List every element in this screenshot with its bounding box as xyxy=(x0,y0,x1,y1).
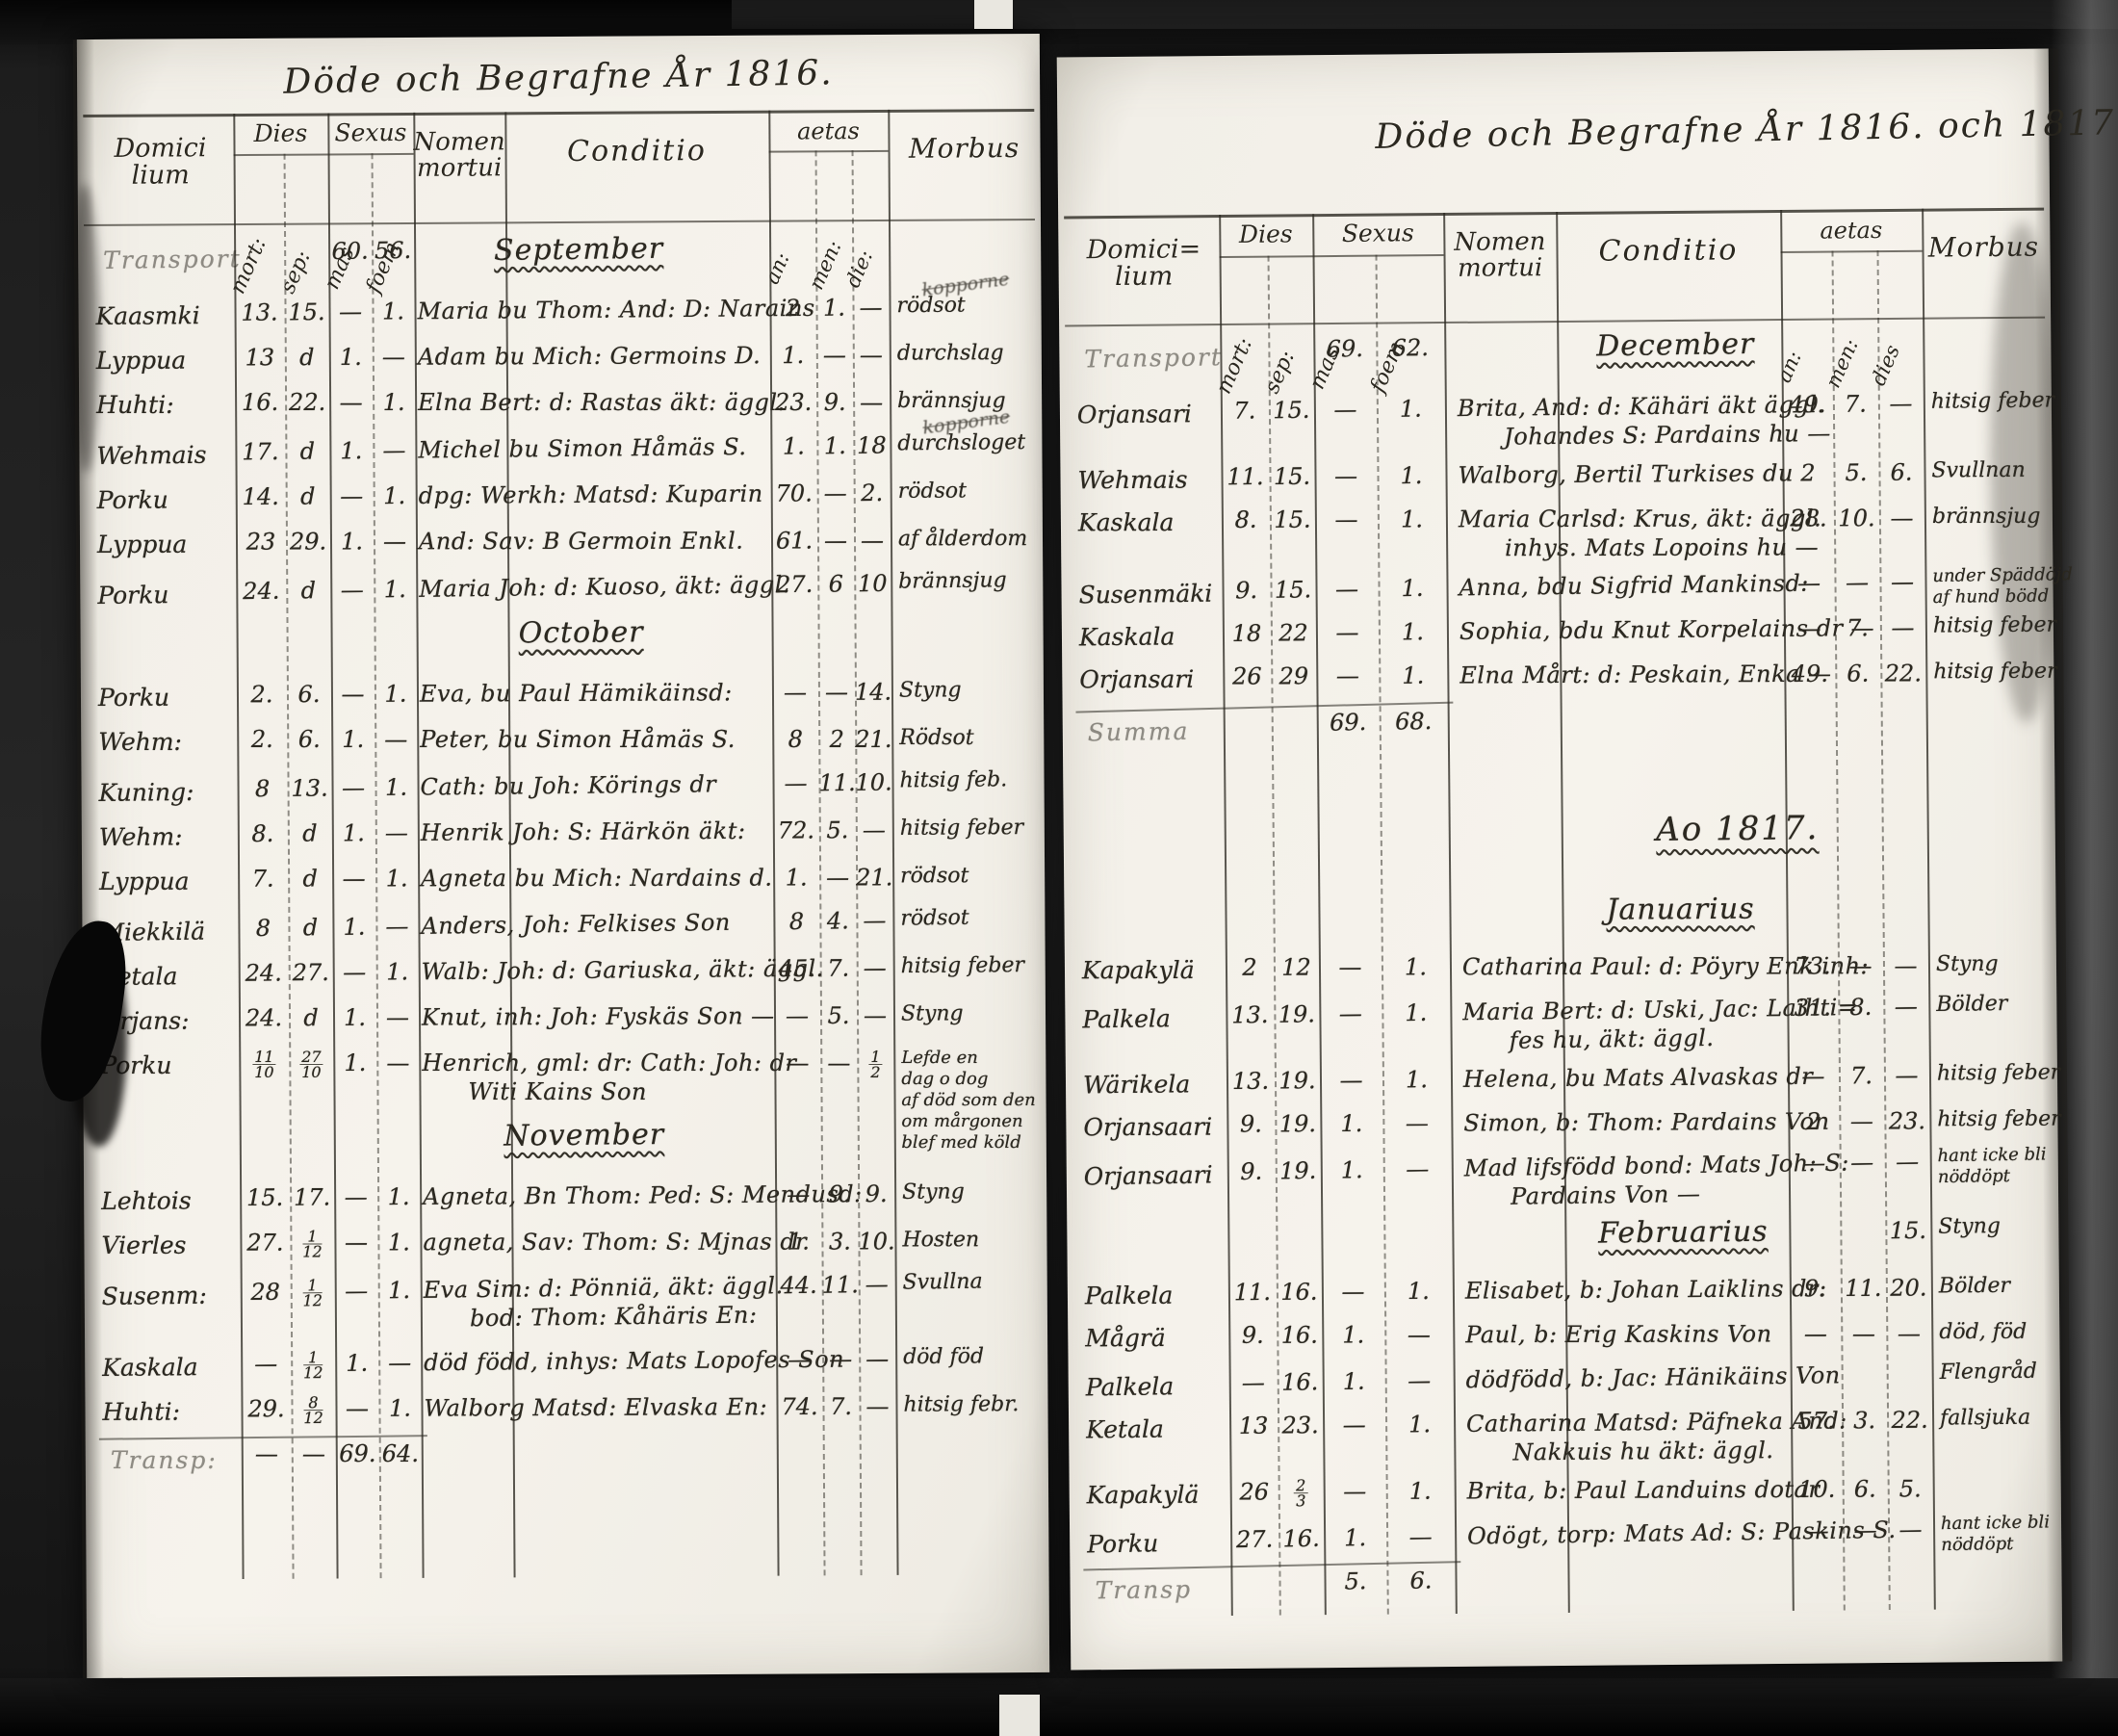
column-header-morbus: Morbus xyxy=(888,134,1040,163)
register-row: Orjansari7.15.—1.Brita, And: d: Kähäri ä… xyxy=(1060,382,2053,460)
dies-sep-cell: 27. xyxy=(289,959,333,986)
register-row: Vierles27.112—1.agneta, Sav: Thom: S: Mj… xyxy=(84,1222,1046,1270)
name-text: Elna Bert: d: Rastas äkt: äggl. xyxy=(418,389,786,416)
register-row: Transp:——69.64. xyxy=(86,1435,1048,1496)
age-an-cell: 1. xyxy=(770,342,816,369)
dies-mort-cell: 24. xyxy=(239,1004,289,1031)
age-an-cell: — xyxy=(1784,614,1835,641)
dies-mort-cell: 7. xyxy=(238,866,288,893)
column-header-nomen: Nomenmortui xyxy=(413,129,504,182)
sexus-foem-cell: 1. xyxy=(1377,462,1445,489)
register-row: Lehtois15.17.—1.Agneta, Bn Thom: Ped: S:… xyxy=(84,1174,1046,1226)
age-dies-cell: — xyxy=(854,527,891,554)
morbus-note: under Späddöjdaf hund bödd xyxy=(1932,564,2073,609)
morbus-cell: durchslag xyxy=(897,341,1004,365)
age-dies-cell: 5. xyxy=(1888,1475,1933,1502)
age-dies-cell: — xyxy=(859,1393,895,1420)
morbus-cell: Svullnan xyxy=(1931,458,2025,483)
sexus-mas-cell: — xyxy=(328,298,372,325)
sexus-mas-cell: — xyxy=(1320,1067,1382,1095)
sexus-foem-cell: — xyxy=(375,819,418,846)
dies-mort-cell: 9. xyxy=(1227,1157,1276,1185)
dies-mort-cell: 13. xyxy=(1226,1001,1274,1029)
domicile-cell: Ketala xyxy=(1086,1415,1164,1444)
register-row: Februarius15.Styng xyxy=(1067,1209,2059,1276)
domicile-cell: Lyppua xyxy=(99,868,189,895)
dies-mort-cell: 13. xyxy=(1227,1068,1275,1095)
morbus-cell: hitsig feber xyxy=(1931,388,2054,413)
morbus-cell: Styng xyxy=(901,1001,964,1025)
dies-mort-cell: 23 xyxy=(236,529,286,556)
dies-mort-cell: 13 xyxy=(1229,1412,1278,1439)
sexus-mas-cell: — xyxy=(334,1229,377,1256)
name-text: Cath: bu Joh: Körings dr xyxy=(420,770,716,800)
dies-sep-cell: 22 xyxy=(1271,619,1316,646)
age-dies-cell: 15. xyxy=(1885,1217,1930,1245)
month-heading: Januarius xyxy=(1497,892,1863,928)
sexus-foem-cell: — xyxy=(376,1049,419,1076)
morbus-cell: Svullna xyxy=(902,1270,982,1295)
dies-mort-cell: 8 xyxy=(237,775,287,803)
dies-sep-cell: 29 xyxy=(1271,662,1316,689)
age-an-cell: 28. xyxy=(1783,505,1834,531)
sexus-mas-cell: — xyxy=(1323,1412,1385,1439)
aetas-group-underline xyxy=(1780,250,1922,253)
age-an-cell: 74. xyxy=(776,1393,822,1420)
age-men-cell: — xyxy=(1843,1516,1888,1544)
register-row: October xyxy=(80,610,1043,678)
dies-sep-cell: 6. xyxy=(287,681,331,708)
name-text: Paul, b: Erig Kaskins Von xyxy=(1465,1320,1771,1348)
sexus-mas-cell: 5. xyxy=(1324,1568,1386,1595)
register-row: Transp5.6. xyxy=(1070,1554,2062,1626)
age-men-cell: — xyxy=(817,527,854,554)
domicile-cell: Wehm: xyxy=(98,728,182,756)
register-row: Kaskala1822—1.Sophia, bdu Knut Korpelain… xyxy=(1062,608,2053,661)
morbus-cell: hitsig feber xyxy=(1937,1060,2060,1085)
age-an-cell: 44. xyxy=(775,1272,821,1300)
sexus-mas-cell: — xyxy=(1316,662,1379,689)
sexus-mas-cell: 1. xyxy=(1322,1321,1384,1348)
sexus-mas-cell: 1. xyxy=(333,1049,376,1076)
domicile-cell: Kaskala xyxy=(1078,508,1174,536)
dies-sep-cell: d xyxy=(288,865,332,892)
domicile-cell: Lyppua xyxy=(96,347,186,375)
register-row: Porku111027101.—Henrich, gml: dr: Cath: … xyxy=(83,1044,1046,1117)
morbus-cell: af ålderdom xyxy=(898,527,1027,551)
age-dies-cell: 21. xyxy=(856,864,892,891)
dies-sep-cell: 112 xyxy=(291,1350,335,1380)
age-dies-cell: 2. xyxy=(854,479,891,506)
sexus-foem-cell: 1. xyxy=(1377,395,1445,423)
dies-mort-cell: 18 xyxy=(1223,620,1271,647)
name-text: Agneta bu Mich: Nardains d. xyxy=(421,865,772,893)
age-an-cell: — xyxy=(774,1049,820,1076)
name-text: Adam bu Mich: Germoins D. xyxy=(418,342,761,370)
sexus-foem-cell: 1. xyxy=(378,1395,421,1422)
sexus-mas-cell: — xyxy=(1319,953,1382,980)
domicile-cell: Kapakylä xyxy=(1082,956,1195,984)
name-text: Anders, Joh: Felkises Son xyxy=(421,909,731,940)
sexus-foem-cell: 62. xyxy=(1376,334,1444,362)
sexus-foem-cell: — xyxy=(376,1004,419,1031)
dies-mort-cell: 9. xyxy=(1227,1110,1275,1137)
name-text: Anna, bdu Sigfrid Mankinsd: xyxy=(1459,570,1809,602)
binding-thread-bottom xyxy=(999,1695,1040,1736)
register-row: Palkela13.19.—1.Maria Bert: d: Uski, Jac… xyxy=(1065,985,2057,1065)
sexus-foem-cell: 1. xyxy=(374,482,416,509)
dies-sep-cell: d xyxy=(288,819,332,846)
dies-mort-cell: 16. xyxy=(235,389,285,416)
left-page: Döde och Begrafne År 1816. DomiciliumDie… xyxy=(77,34,1049,1678)
age-an-cell: 27. xyxy=(771,571,817,599)
age-dies-cell: — xyxy=(1884,1148,1929,1176)
morbus-cell: Styng xyxy=(1936,952,1999,976)
sexus-mas-cell: 1. xyxy=(1324,1524,1386,1552)
sexus-foem-cell: 1. xyxy=(1379,662,1447,689)
column-header-domicilium: Domici=lium xyxy=(1068,236,1219,292)
dies-sep-cell: 15. xyxy=(1270,506,1315,533)
age-men-cell: — xyxy=(820,1049,857,1076)
age-men-cell: 5. xyxy=(1833,459,1878,486)
sexus-mas-cell: 1. xyxy=(329,437,373,464)
name-text: Eva Sim: d: Pönniä, äkt: äggl. xyxy=(423,1272,783,1304)
name-text: Walborg, Bertil Turkises du xyxy=(1458,459,1794,488)
register-row: Ketala1323.—1.Catharina Matsd: Päfneka A… xyxy=(1069,1399,2061,1475)
sexus-foem-cell: 1. xyxy=(377,1277,420,1305)
dies-mort-cell: 13 xyxy=(235,344,285,371)
morbus-cell: hitsig feber xyxy=(900,816,1023,841)
sexus-mas-cell: 1. xyxy=(1323,1367,1385,1395)
sexus-foem-cell: 1. xyxy=(1378,505,1446,532)
name-text-line2: fes hu, äkt: äggl. xyxy=(1510,1024,1715,1054)
domicile-cell: Wärikela xyxy=(1083,1070,1190,1099)
scanned-register-spread: Döde och Begrafne År 1816. DomiciliumDie… xyxy=(0,0,2118,1736)
dies-sep-cell: 16. xyxy=(1279,1525,1324,1553)
register-row: Orjansaari9.19.1.—Mad lifsfödd bond: Mat… xyxy=(1066,1140,2058,1222)
age-men-cell: 7. xyxy=(820,955,857,982)
column-header-conditio: Conditio xyxy=(1556,235,1780,268)
name-text-line2: Johandes S: Pardains hu — xyxy=(1504,420,1831,451)
transport-label: Summa xyxy=(1088,717,1190,747)
sexus-mas-cell: — xyxy=(1319,999,1382,1027)
age-dies-cell: 23. xyxy=(1884,1107,1929,1134)
age-an-cell: — xyxy=(1788,1062,1839,1089)
dies-sep-cell: d xyxy=(286,482,330,509)
domicile-cell: Porku xyxy=(97,485,168,513)
age-dies-cell: 10. xyxy=(855,768,891,795)
age-dies-cell: — xyxy=(853,342,890,369)
sexus-foem-cell: — xyxy=(1385,1366,1454,1394)
morbus-cell: hitsig febr. xyxy=(903,1392,1019,1416)
dies-mort-cell: 8. xyxy=(238,820,288,847)
age-men-cell: — xyxy=(1839,1149,1884,1177)
age-an-cell: 1. xyxy=(773,864,819,891)
register-row: Mågrä9.16.1.—Paul, b: Erig Kaskins Von——… xyxy=(1068,1314,2059,1361)
sexus-mas-cell: — xyxy=(1322,1278,1384,1305)
page-title-right: Döde och Begrafne År 1816. och 1817. xyxy=(1375,106,1992,157)
dies-mort-cell: 9. xyxy=(1222,577,1270,605)
name-text: Elna Mårt: d: Peskain, Enka — xyxy=(1459,661,1831,689)
register-row: Lyppua13d1.—Adam bu Mich: Germoins D.1.—… xyxy=(79,335,1042,385)
sexus-mas-cell: 69. xyxy=(1313,335,1376,363)
age-an-cell: 9. xyxy=(1790,1275,1841,1302)
sexus-foem-cell: 64. xyxy=(379,1440,422,1467)
dies-mort-cell: 14. xyxy=(236,483,286,510)
domicile-cell: Wehmais xyxy=(1077,466,1187,495)
sexus-mas-cell: 60. xyxy=(328,237,372,265)
age-an-cell: 57. xyxy=(1791,1407,1842,1434)
dies-sep-cell: 6. xyxy=(287,726,331,753)
name-text: And: Sav: B Germoin Enkl. xyxy=(419,528,743,556)
dies-sep-cell: 19. xyxy=(1275,1110,1320,1137)
name-text: Walb: Joh: d: Gariuska, äkt: äggl. xyxy=(422,955,824,985)
domicile-cell: Palkela xyxy=(1085,1282,1174,1310)
dies-mort-cell: 26 xyxy=(1223,662,1271,689)
morbus-cell: hitsig feber xyxy=(901,953,1024,978)
sexus-foem-cell: — xyxy=(1384,1321,1453,1348)
morbus-cell: Styng xyxy=(902,1179,965,1204)
domicile-cell: Susenmäki xyxy=(1078,580,1212,609)
sexus-foem-cell: — xyxy=(1382,1110,1451,1137)
age-men-cell: 11. xyxy=(1841,1275,1886,1302)
sexus-mas-cell: — xyxy=(1314,396,1377,424)
sexus-mas-cell: — xyxy=(330,482,374,509)
age-an-cell: — xyxy=(776,1346,822,1373)
dies-mort-cell: 28 xyxy=(240,1279,290,1307)
dies-sep-cell: d xyxy=(285,437,329,464)
age-dies-cell: 10 xyxy=(854,570,891,597)
age-men-cell: — xyxy=(1841,1320,1886,1347)
age-an-cell: 31. xyxy=(1787,994,1838,1022)
dies-group-underline xyxy=(1220,255,1313,258)
year-heading: Ao 1817. xyxy=(1555,808,1921,850)
name-text: Brita, b: Paul Landuins dotar xyxy=(1467,1476,1821,1505)
dies-mort-cell: — xyxy=(242,1440,292,1467)
sexus-mas-cell: 1. xyxy=(332,913,375,941)
column-header-aetas: aetas xyxy=(768,119,888,144)
morbus-cell: Styng xyxy=(899,678,962,702)
domicile-cell: Wehm: xyxy=(99,822,183,851)
sexus-mas-cell: 1. xyxy=(329,344,373,371)
dies-mort-cell: 17. xyxy=(235,438,285,466)
age-dies-cell: — xyxy=(1879,568,1924,596)
domicile-cell: Orjansari xyxy=(1079,665,1194,694)
sexus-mas-cell: — xyxy=(1316,619,1379,647)
register-row: Januarius xyxy=(1064,889,2055,951)
dies-sep-cell: 22. xyxy=(285,389,329,416)
morbus-cell: durchsloget xyxy=(897,430,1025,455)
age-an-cell: — xyxy=(1788,1150,1839,1178)
name-text: Henrich, gml: dr: Cath: Joh: dr xyxy=(422,1049,796,1076)
morbus-cell: hitsig feber xyxy=(1937,1107,2060,1132)
name-text-line2: Pardains Von — xyxy=(1511,1180,1701,1210)
morbus-note: hant icke blinöddöpt xyxy=(1941,1512,2051,1556)
sexus-foem-cell: 1. xyxy=(377,1183,420,1210)
register-row: Lyppua7.d—1.Agneta bu Mich: Nardains d.1… xyxy=(82,858,1045,906)
sexus-mas-cell: 1. xyxy=(335,1350,378,1377)
dies-sep-cell: d xyxy=(286,577,330,605)
column-header-sexus: Sexus xyxy=(1312,220,1443,246)
morbus-cell: död föd xyxy=(903,1344,984,1369)
morbus-cell: rödsot xyxy=(898,479,967,503)
domicile-cell: Porku xyxy=(98,684,169,712)
age-dies-cell: — xyxy=(857,954,893,981)
age-men-cell: 7. xyxy=(1833,390,1878,418)
page-title-left: Döde och Begrafne År 1816. xyxy=(270,53,848,102)
scan-dark-border-bottom xyxy=(0,1678,2118,1736)
age-men-cell: 3. xyxy=(821,1228,858,1255)
morbus-cell: fallsjuka xyxy=(1940,1406,2030,1431)
sexus-foem-cell: 1. xyxy=(373,389,415,416)
sexus-mas-cell: — xyxy=(333,959,376,986)
sexus-foem-cell: — xyxy=(375,913,418,941)
sexus-foem-cell: 1. xyxy=(376,958,419,985)
age-men-cell: 3. xyxy=(1842,1407,1887,1434)
sexus-mas-cell: — xyxy=(334,1277,377,1305)
register-row: Kaskala8.15.—1.Maria Carlsd: Krus, äkt: … xyxy=(1061,499,2053,569)
register-row: Kuning:813.—1.Cath: bu Joh: Körings dr—1… xyxy=(81,762,1044,817)
dies-mort-cell: 8. xyxy=(1222,506,1270,533)
name-text: Maria Carlsd: Krus, äkt: äggl. xyxy=(1459,505,1821,532)
age-an-cell: 49. xyxy=(1784,661,1835,687)
dies-group-underline xyxy=(234,153,328,156)
sexus-mas-cell: — xyxy=(334,1183,377,1210)
domicile-cell: Susenm: xyxy=(102,1282,207,1310)
domicile-cell: Lehtois xyxy=(101,1186,192,1215)
dies-mort-cell: 11. xyxy=(1228,1279,1277,1306)
age-an-cell: — xyxy=(774,1002,820,1029)
age-dies-cell: — xyxy=(859,1345,895,1372)
dies-mort-cell: 13. xyxy=(234,298,284,325)
dies-mort-cell: 27. xyxy=(1230,1525,1279,1553)
sexus-mas-cell: 1. xyxy=(1321,1156,1383,1184)
age-dies-cell: — xyxy=(1883,952,1928,979)
aetas-group-underline xyxy=(769,150,889,153)
domicile-cell: Kaskala xyxy=(1079,622,1175,651)
domicile-cell: Kaasmki xyxy=(95,301,199,330)
month-heading: November xyxy=(401,1117,767,1154)
dies-mort-cell: 7. xyxy=(1221,397,1269,425)
name-text: Helena, bu Mats Alvaskas dr xyxy=(1463,1063,1814,1093)
age-an-cell: 10. xyxy=(1792,1476,1843,1503)
morbus-cell: rödsot xyxy=(900,906,969,931)
column-header-aetas: aetas xyxy=(1780,219,1922,244)
age-men-cell: 9. xyxy=(821,1180,858,1207)
register-row: Huhti:16.22.—1.Elna Bert: d: Rastas äkt:… xyxy=(79,383,1042,429)
age-dies-cell: 14. xyxy=(855,679,891,706)
dies-mort-cell: — xyxy=(241,1350,291,1377)
age-men-cell: 2 xyxy=(818,726,855,753)
age-an-cell: 1. xyxy=(775,1228,821,1255)
name-text: Knut, inh: Joh: Fyskäs Son — xyxy=(422,1002,775,1030)
month-heading: September xyxy=(396,230,762,269)
sexus-mas-cell: — xyxy=(331,774,375,801)
age-dies-cell: — xyxy=(1878,390,1924,418)
age-an-cell: — xyxy=(775,1180,821,1207)
morbus-cell: hitsig feber xyxy=(1933,660,2056,685)
age-men-cell: 6. xyxy=(1843,1475,1888,1502)
transport-label: Transport xyxy=(103,245,242,274)
dies-sep-cell: 23. xyxy=(1278,1412,1323,1438)
sexus-mas-cell: — xyxy=(1324,1478,1386,1505)
dies-sep-cell: 13. xyxy=(287,774,331,801)
age-men-cell: 6. xyxy=(1835,660,1880,687)
dies-sep-cell: 29. xyxy=(286,528,330,555)
sexus-mas-cell: 69. xyxy=(336,1440,379,1467)
dies-mort-cell: 24. xyxy=(239,959,289,986)
header-top-rule xyxy=(83,109,1034,117)
age-men-cell: 9. xyxy=(816,389,853,416)
domicile-cell: Orjansari xyxy=(1077,400,1192,428)
age-an-cell: — xyxy=(1792,1517,1843,1545)
morbus-cell: Styng xyxy=(1938,1214,2001,1239)
age-men-cell: 6 xyxy=(817,570,854,597)
name-text: Michel bu Simon Håmäs S. xyxy=(418,433,746,464)
dies-mort-cell: 29. xyxy=(241,1395,291,1422)
register-row: Lyppua2329.1.—And: Sav: B Germoin Enkl.6… xyxy=(80,521,1043,569)
sexus-foem-cell: 1. xyxy=(1386,1477,1455,1504)
sexus-mas-cell: 1. xyxy=(332,819,375,846)
dies-sep-cell: 19. xyxy=(1275,1067,1320,1094)
dies-sep-cell: 16. xyxy=(1277,1279,1322,1306)
dies-sep-cell: 23 xyxy=(1279,1478,1324,1508)
sexus-mas-cell: — xyxy=(335,1395,378,1422)
name-text: Henrik Joh: S: Härkön äkt: xyxy=(421,817,746,846)
sexus-foem-cell: 1. xyxy=(375,865,418,892)
domicile-cell: Palkela xyxy=(1086,1372,1175,1401)
register-row: Palkela11.16.—1.Elisabet, b: Johan Laikl… xyxy=(1068,1268,2059,1319)
column-header-domicilium: Domicilium xyxy=(87,135,233,191)
age-an-cell: — xyxy=(1790,1320,1841,1347)
sexus-foem-cell: 68. xyxy=(1379,708,1447,736)
dies-sep-cell: d xyxy=(285,344,329,371)
age-dies-cell: 22. xyxy=(1887,1407,1932,1434)
dies-sep-cell: d xyxy=(288,914,332,942)
age-men-cell: — xyxy=(1839,1107,1884,1134)
age-men-cell: — xyxy=(1838,952,1883,979)
dies-sep-cell: 15. xyxy=(1270,576,1315,604)
sexus-mas-cell: — xyxy=(1315,575,1378,603)
dies-sep-cell: 19. xyxy=(1276,1157,1321,1185)
dies-sep-cell: d xyxy=(289,1004,333,1031)
sexus-foem-cell: — xyxy=(378,1349,421,1376)
age-men-cell: 4. xyxy=(819,907,856,934)
age-dies-cell: — xyxy=(853,389,890,416)
dies-mort-cell: 11. xyxy=(1221,463,1269,490)
binding-thread-top xyxy=(974,0,1013,29)
morbus-note: hant icke blinöddöpt xyxy=(1937,1144,2047,1188)
dies-sep-cell: 19. xyxy=(1274,1000,1319,1028)
register-row: Kapakylä212—1.Catharina Paul: d: Pöyry E… xyxy=(1065,946,2056,994)
dies-sep-cell: 16. xyxy=(1277,1322,1322,1349)
sexus-mas-cell: 1. xyxy=(330,528,374,555)
register-row: Orjans:24.d1.—Knut, inh: Joh: Fyskäs Son… xyxy=(83,996,1046,1046)
register-row: Wehm:2.6.1.—Peter, bu Simon Håmäs S.8221… xyxy=(81,720,1044,766)
register-row: Porku2.6.—1.Eva, bu Paul Hämikäinsd:——14… xyxy=(81,672,1044,722)
morbus-cell: brännsjug xyxy=(898,568,1007,593)
age-an-cell: 1. xyxy=(770,432,816,459)
dies-sep-cell: 15. xyxy=(284,298,328,325)
age-dies-cell: 10. xyxy=(858,1228,894,1255)
name-text: agneta, Sav: Thom: S: Mjnas dr xyxy=(423,1229,807,1257)
dies-sep-cell: 17. xyxy=(290,1183,334,1210)
dies-mort-cell: 1110 xyxy=(239,1049,289,1079)
age-an-cell: 2 xyxy=(1782,459,1833,486)
dies-mort-cell: 2. xyxy=(237,726,287,753)
domicile-cell: Porku xyxy=(1087,1529,1158,1558)
sexus-foem-cell: 1. xyxy=(375,774,417,801)
